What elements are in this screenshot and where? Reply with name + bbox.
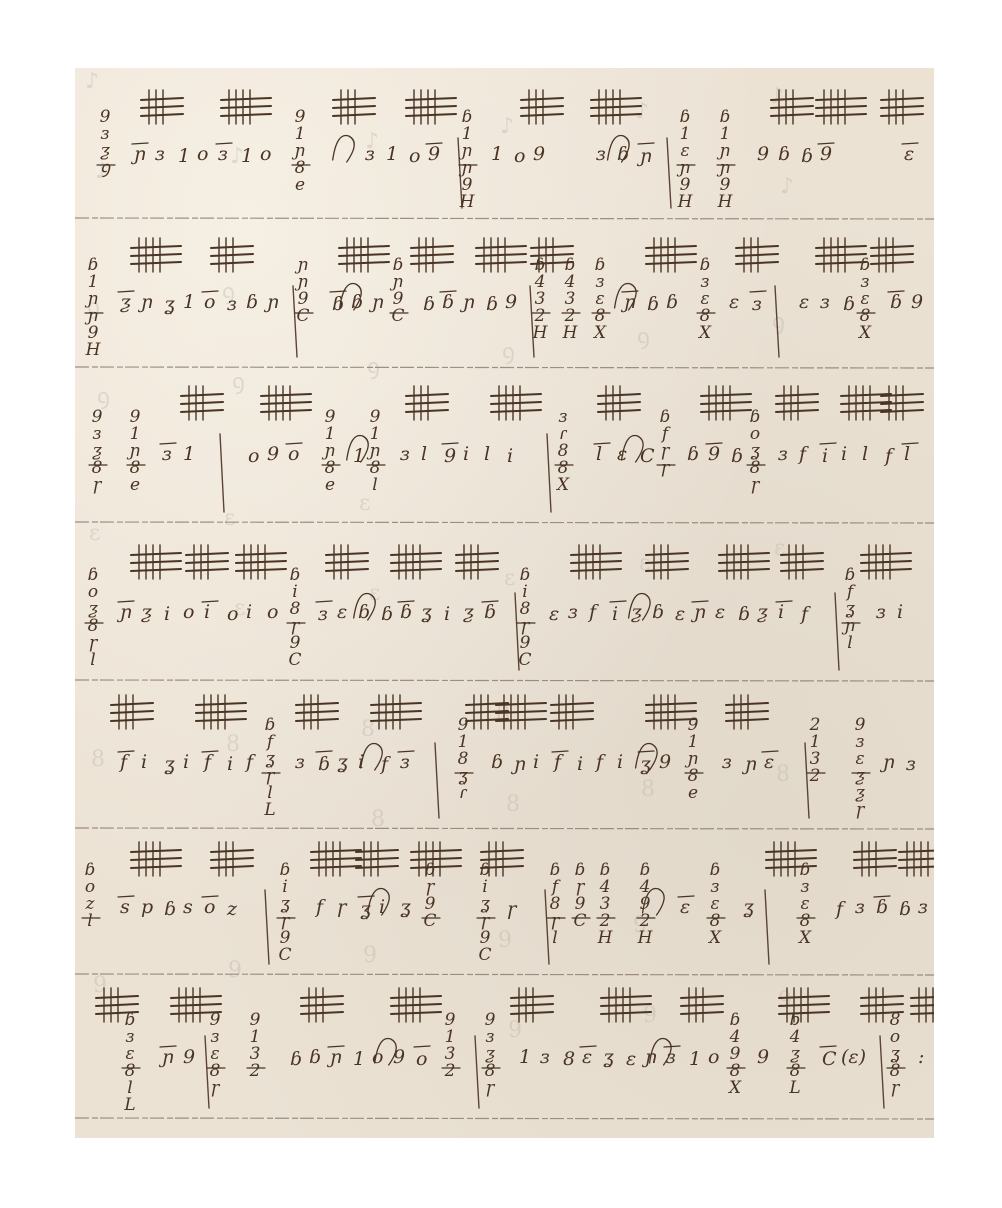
tab-letter: ɲ [158, 1046, 174, 1068]
tab-letter: ɜ [162, 443, 172, 465]
tablature-system-3: 9ɜƺ8ɼ91ɲ8e91ɲ8e91ɲ8lɜɾ88Xɓfɼɼɓoʓ8ɼɜ1o9o1… [75, 386, 934, 523]
barline [765, 890, 769, 964]
rhythm-sign-icon [141, 90, 183, 124]
chord-column: ɓ1ɲɲ9H [85, 255, 103, 360]
rhythm-sign-icon [411, 842, 461, 876]
tab-letter: l [862, 443, 868, 465]
bleed-through-mark: ꝯ [232, 370, 245, 395]
tab-letter: ɜ [227, 293, 237, 315]
tab-letter: i [577, 753, 583, 775]
tab-letter: ɜ [295, 751, 305, 773]
tab-letter: ɲ [641, 1046, 657, 1068]
tab-letter: ʓ [640, 753, 651, 775]
rhythm-sign-icon [598, 386, 640, 420]
tab-letter: ɛ [626, 1048, 636, 1070]
chord-column: ɲɲ9C [295, 255, 313, 326]
tab-letter: ɜ [318, 603, 328, 625]
tab-letter: ɼ [661, 458, 671, 478]
tab-letter: H [562, 323, 579, 343]
ruled-line [75, 522, 934, 523]
tablature-system-1: 9ɜƺꝯ91ɲ8eɓ1ɲɲ9Hɓ1ɛɲ9Hɓ1ɲɲ9Hɲɜ1oɜ1oɜ1o91o… [75, 90, 934, 219]
tab-letter: e [130, 475, 140, 495]
tab-letter: 1 [353, 445, 365, 467]
tab-letter: ɜ [218, 143, 228, 165]
tab-letter: ɜ [752, 293, 762, 315]
rhythm-sign-icon [333, 90, 375, 124]
tab-letter: H [459, 192, 476, 212]
tab-letter: i [463, 443, 469, 465]
bleed-through-mark: ꝯ [772, 310, 785, 335]
tab-letter: 9 [659, 751, 671, 773]
tab-letter: X [727, 1078, 742, 1098]
tab-letter: ɓ [290, 1048, 302, 1070]
tab-letter: H [532, 323, 549, 343]
chord-column: ɓf8ɼl [547, 860, 565, 948]
rhythm-sign-icon [681, 988, 723, 1022]
chord-column: 9ɜƺ8ɼ [482, 1010, 500, 1098]
tab-letter: 1 [353, 1048, 365, 1070]
rhythm-sign-icon [111, 695, 153, 729]
tab-letter: o [260, 143, 271, 165]
tab-letter: ɼ [507, 898, 518, 920]
tab-letter: o [197, 143, 208, 165]
tab-letter: ɜ [820, 291, 830, 313]
rhythm-sign-icon [339, 238, 389, 272]
tab-letter: i [183, 751, 189, 773]
rhythm-sign-icon [211, 238, 253, 272]
tab-letter: e [325, 475, 335, 495]
chord-column: ɓ432H [597, 860, 615, 948]
tab-letter: f [883, 445, 895, 467]
tab-letter: l [552, 928, 557, 948]
tab-letter: l [372, 475, 377, 495]
tab-letter: ɜ [906, 753, 916, 775]
tab-letter: ɓ [164, 898, 176, 920]
chord-column: ɓ432H [562, 255, 580, 343]
tab-letter: ɓ [442, 291, 454, 313]
tab-letter: ɜ [400, 443, 410, 465]
rhythm-sign-icon [779, 988, 829, 1022]
rhythm-sign-icon [131, 842, 181, 876]
tab-letter: H [677, 192, 694, 212]
bleed-through-mark: 9 [643, 1003, 657, 1028]
tab-letter: ɓ [423, 293, 435, 315]
rhythm-sign-icon [899, 842, 934, 876]
tab-letter: ɜ [855, 896, 865, 918]
tab-letter: ɼ [337, 896, 348, 918]
chord-column: 9ɜƺꝯ [97, 107, 115, 178]
rhythm-sign-icon [591, 90, 641, 124]
chord-column: ɓi8ɼ9C [287, 565, 305, 670]
tab-letter: C [391, 306, 404, 326]
tab-letter: f [834, 898, 846, 920]
tab-letter: f [202, 751, 214, 773]
chord-column: 2132 [807, 715, 825, 786]
rhythm-sign-icon [221, 90, 271, 124]
tab-letter: (ɛ) [841, 1046, 866, 1068]
tab-letter: o [248, 445, 259, 467]
tab-letter: ɼ [93, 475, 103, 495]
tab-letter: ɲ [690, 601, 706, 623]
rhythm-sign-icon [196, 695, 246, 729]
tab-letter: ɛ [582, 1046, 592, 1068]
rhythm-sign-icon [776, 386, 818, 420]
tab-letter: ɓ [381, 603, 393, 625]
tab-letter: 9 [757, 1046, 769, 1068]
tab-letter: ɲ [263, 291, 279, 313]
bleed-through-mark: 8 [776, 762, 790, 787]
tab-letter: C [573, 911, 586, 931]
barline [205, 1036, 209, 1108]
barline [667, 138, 671, 208]
chord-column: ɓɼ9C [422, 860, 440, 931]
tab-letter: l [847, 633, 852, 653]
tab-letter: ƺ [463, 601, 474, 623]
tab-letter: 9 [393, 1046, 405, 1068]
chord-column: ɓoƺ8ɼl [85, 565, 103, 670]
tablature-system-6: ɓozlɓiʓɼ9Cɓɼ9Cɓiʓɼ9Cɓf8ɼlɓɼ9Cɓ432Hɓ492Hɓ… [75, 842, 934, 975]
chord-column: ɓi8ɼ9C [517, 565, 535, 670]
rhythm-sign-icon [411, 238, 453, 272]
tab-letter: ɲ [510, 753, 526, 775]
tab-letter: ɼ [856, 800, 866, 820]
tab-letter: 9 [757, 143, 769, 165]
barline [265, 890, 269, 964]
tab-letter: ɲ [879, 751, 895, 773]
bleed-through-mark: ɛ [224, 506, 235, 531]
bleed-through-mark: ♪ [780, 174, 794, 199]
tab-letter: 1 [241, 145, 253, 167]
tab-letter: o [267, 601, 278, 623]
chord-column: ɓɜɛ8lL [122, 1010, 140, 1115]
tab-letter: ɓ [652, 601, 664, 623]
tab-letter: ɲ [636, 145, 652, 167]
rhythm-sign-icon [881, 90, 923, 124]
chord-column: 8oʓ8ɼ [887, 1010, 905, 1098]
tab-letter: L [788, 1078, 800, 1098]
rhythm-sign-icon [881, 386, 923, 420]
rhythm-sign-icon [781, 545, 823, 579]
rhythm-sign-icon [911, 988, 934, 1022]
bleed-through-mark: 9 [508, 1018, 522, 1043]
rhythm-sign-icon [551, 695, 593, 729]
tab-letter: i [822, 445, 828, 467]
tab-letter: C [288, 650, 301, 670]
chord-column: 91ɲ8e [127, 407, 145, 495]
chord-column: 9132 [442, 1010, 460, 1081]
tab-letter: ɛ [337, 601, 347, 623]
chord-column: ɓɜɛ8X [797, 860, 815, 948]
tab-letter: ɓ [617, 143, 629, 165]
tab-letter: 1 [386, 143, 398, 165]
bleed-through-mark: 8 [91, 747, 105, 772]
rhythm-sign-icon [326, 545, 368, 579]
tablature-system-5: ɓfʓɼlL918ʓɾ91ɲ8e21329ɜɛƺƺɼfiʓififɜɓʓifɜɓ… [75, 695, 934, 829]
rhythm-sign-icon [236, 545, 286, 579]
tab-letter: ɛ [729, 291, 739, 313]
tab-letter: ɓ [890, 291, 902, 313]
chord-column: ɓiʓɼ9C [277, 860, 295, 965]
tab-letter: ɓ [801, 145, 813, 167]
rhythm-sign-icon [456, 545, 498, 579]
tab-letter: ɓ [666, 291, 678, 313]
tab-letter: ɛ [715, 601, 725, 623]
tab-letter: i [227, 753, 233, 775]
tab-letter: f [797, 443, 809, 465]
tab-letter: o [416, 1048, 427, 1070]
tab-letter: ɓ [687, 443, 699, 465]
tab-letter: p [141, 896, 153, 918]
barline [547, 434, 551, 512]
rhythm-sign-icon [736, 238, 778, 272]
tab-letter: i [778, 601, 784, 623]
tab-letter: ɓ [731, 445, 743, 467]
barline [530, 286, 534, 357]
ruled-line [75, 367, 934, 368]
rhythm-sign-icon [406, 386, 448, 420]
tab-letter: 2 [249, 1061, 261, 1081]
rhythm-sign-icon [186, 545, 228, 579]
tab-letter: i [533, 751, 539, 773]
tab-letter: e [295, 175, 305, 195]
tab-letter: 9 [533, 143, 545, 165]
rhythm-sign-icon [496, 695, 546, 729]
tab-letter: L [263, 800, 275, 820]
tab-letter: ʓ [337, 751, 348, 773]
tab-letter: H [717, 192, 734, 212]
tab-letter: o [409, 145, 420, 167]
bleed-through-mark: ɛ [359, 491, 370, 516]
rhythm-sign-icon [311, 842, 361, 876]
tab-letter: 2 [444, 1061, 456, 1081]
barline [435, 743, 439, 818]
tab-letter: l [484, 443, 490, 465]
rhythm-sign-icon [871, 238, 913, 272]
tab-letter: ɼ [486, 1078, 496, 1098]
tab-letter: l [904, 443, 910, 465]
bleed-through-mark: ♪ [500, 114, 514, 139]
tie-arc-icon [333, 136, 355, 163]
tab-letter: o [204, 896, 215, 918]
rhythm-sign-icon [719, 545, 769, 579]
tab-letter: f [587, 601, 599, 623]
tab-letter: f [552, 751, 564, 773]
tab-letter: 9 [505, 291, 517, 313]
tab-letter: ɛ [675, 603, 685, 625]
tab-letter: ɲ [130, 143, 146, 165]
tab-letter: 1 [183, 291, 195, 313]
bleed-through-mark: 9 [93, 973, 107, 998]
tab-letter: o [708, 1046, 719, 1068]
tab-letter: ɼ [751, 475, 761, 495]
rhythm-sign-icon [296, 695, 338, 729]
tab-letter: ɓ [843, 293, 855, 315]
tab-letter: X [555, 475, 570, 495]
tab-letter: 9 [708, 443, 720, 465]
chord-column: ɓoʓ8ɼ [747, 407, 765, 495]
bleed-through-mark: ɛ [504, 566, 515, 591]
tab-letter: l [90, 650, 95, 670]
tab-letter: H [597, 928, 614, 948]
tab-letter: i [444, 603, 450, 625]
tab-letter: ʓ [164, 753, 175, 775]
tab-letter: ꝯ [100, 158, 111, 178]
bleed-through-mark: ɛ [774, 536, 785, 561]
chord-column: 9ɜɛƺƺɼ [852, 715, 870, 820]
tab-letter: i [164, 603, 170, 625]
tab-letter: C [423, 911, 436, 931]
tab-letter: 1 [689, 1048, 701, 1070]
tab-letter: o [514, 145, 525, 167]
ruled-line [75, 828, 934, 829]
tab-letter: ɲ [741, 753, 757, 775]
bleed-through-mark: ꝯ [637, 325, 650, 350]
chord-column: 9ɜƺ8ɼ [89, 407, 107, 495]
tab-letter: ʓ [400, 896, 411, 918]
tab-letter: ɲ [368, 291, 384, 313]
tablature-system-7: ɓɜɛ8lL9ɜɛ8ɼ913291329ɜƺ8ɼɓ498Xɓ4ƺ8L8oʓ8ɼɲ… [75, 988, 934, 1119]
tab-letter: ɜ [918, 896, 928, 918]
chord-column: 9132 [247, 1010, 265, 1081]
tab-letter: ɓ [309, 1046, 321, 1068]
tab-letter: ɓ [484, 601, 496, 623]
bleed-through-mark: 9 [498, 928, 512, 953]
rhythm-sign-icon [131, 545, 181, 579]
tab-letter: ʓ [743, 896, 754, 918]
tab-letter: ʓ [164, 293, 175, 315]
tab-letter: X [697, 323, 712, 343]
tab-letter: H [85, 340, 102, 360]
tab-letter: ɓ [491, 751, 503, 773]
ruled-line [75, 218, 934, 219]
rhythm-sign-icon [391, 988, 441, 1022]
tab-letter: ɜ [568, 601, 578, 623]
tab-letter: H [637, 928, 654, 948]
barline [835, 593, 839, 670]
chord-column: ɓ492H [637, 860, 655, 948]
bleed-through-mark: ♪ [635, 99, 649, 124]
tab-letter: f [594, 751, 606, 773]
rhythm-sign-icon [371, 695, 421, 729]
tab-letter: 9 [444, 445, 456, 467]
tab-letter: z [226, 898, 238, 920]
chord-column: 91ɲ8e [322, 407, 340, 495]
tab-letter: o [227, 603, 238, 625]
tab-letter: 1 [519, 1046, 531, 1068]
tab-letter: ƺ [141, 601, 152, 623]
barline [545, 890, 549, 964]
tab-letter: 9 [820, 143, 832, 165]
chord-column: ɓ498X [727, 1010, 745, 1098]
tab-letter: l [596, 443, 602, 465]
tab-letter: ɛ [680, 896, 690, 918]
rhythm-sign-icon [406, 90, 456, 124]
chord-column: ɓ1ɲɲ9H [459, 107, 477, 212]
chord-column: ɓozl [82, 860, 100, 931]
tab-letter: ɜ [778, 443, 788, 465]
tab-letter: : [918, 1046, 924, 1068]
rhythm-sign-icon [181, 386, 223, 420]
tab-letter: ʓ [360, 898, 371, 920]
tab-letter: f [244, 751, 256, 773]
bleed-through-mark: ꝯ [502, 340, 515, 365]
tab-letter: f [118, 751, 130, 773]
tab-letter: 9 [911, 291, 923, 313]
barline [475, 1036, 479, 1108]
ruled-line [75, 1118, 934, 1119]
tab-letter: ɓ [778, 143, 790, 165]
chord-column: ɓɜɛ8X [697, 255, 715, 343]
rhythm-sign-icon [646, 545, 688, 579]
rhythm-sign-icon [861, 545, 911, 579]
rhythm-sign-icon [356, 842, 398, 876]
tab-letter: i [246, 601, 252, 623]
tab-letter: ɓ [899, 898, 911, 920]
tab-letter: o [183, 601, 194, 623]
chord-column: ɓɜɛ8X [707, 860, 725, 948]
rhythm-sign-icon [726, 695, 768, 729]
tab-letter: ɜ [540, 1046, 550, 1068]
rhythm-sign-icon [261, 386, 311, 420]
ruled-line [75, 680, 934, 681]
tab-letter: o [288, 443, 299, 465]
tab-letter: ɜ [365, 143, 375, 165]
rhythm-sign-icon [391, 545, 441, 579]
tab-letter: 9 [183, 1046, 195, 1068]
tab-letter: i [841, 443, 847, 465]
tab-letter: 1 [491, 143, 503, 165]
manuscript-page: ♪ꝯɛ89♪ꝯɛ89♪ꝯɛ89♪ꝯɛ89♪ꝯɛ89♪ꝯɛ89♪ꝯɛ89♪ꝯɛ89… [75, 68, 934, 1138]
tab-letter: ɓ [876, 896, 888, 918]
tab-letter: C [478, 945, 491, 965]
tab-letter: X [707, 928, 722, 948]
bleed-through-mark: 9 [363, 943, 377, 968]
tab-letter: ɓ [318, 753, 330, 775]
tab-letter: i [204, 601, 210, 623]
tab-letter: ʓ [421, 601, 432, 623]
chord-column: ɓfʓɼlL [262, 715, 280, 820]
tab-letter: ɜ [400, 751, 410, 773]
chord-column: ɓfʓɲl [842, 565, 860, 653]
tab-letter: ɼ [891, 1078, 901, 1098]
tab-letter: 9 [267, 443, 279, 465]
tab-letter: 1 [183, 443, 195, 465]
tab-letter: ɜ [876, 601, 886, 623]
bleed-through-mark: ♪ [770, 84, 784, 109]
tab-letter: l [87, 911, 92, 931]
chord-column: ɓɲ9C [390, 255, 408, 326]
chord-column: ɓɼ9C [572, 860, 590, 931]
rhythm-sign-icon [301, 988, 343, 1022]
rhythm-sign-icon [571, 545, 621, 579]
chord-column: ɓfɼɼ [657, 407, 675, 478]
chord-column: 91ɲ8e [292, 107, 310, 195]
tab-letter: ɓ [486, 293, 498, 315]
chord-column: ɓ1ɲɲ9H [717, 107, 735, 212]
tab-letter: 1 [178, 145, 190, 167]
bleed-through-mark: ♪ [85, 69, 99, 94]
bleed-through-mark: ɛ [89, 521, 100, 546]
tab-letter: ɲ [116, 601, 132, 623]
tab-letter: X [592, 323, 607, 343]
tab-letter: f [379, 753, 391, 775]
bleed-through-mark: 8 [641, 777, 655, 802]
chord-column: 91ɲ8l [367, 407, 385, 495]
rhythm-sign-icon [854, 842, 896, 876]
tab-letter: ɲ [137, 291, 153, 313]
tab-letter: s [183, 896, 193, 918]
tab-letter: e [688, 783, 698, 803]
